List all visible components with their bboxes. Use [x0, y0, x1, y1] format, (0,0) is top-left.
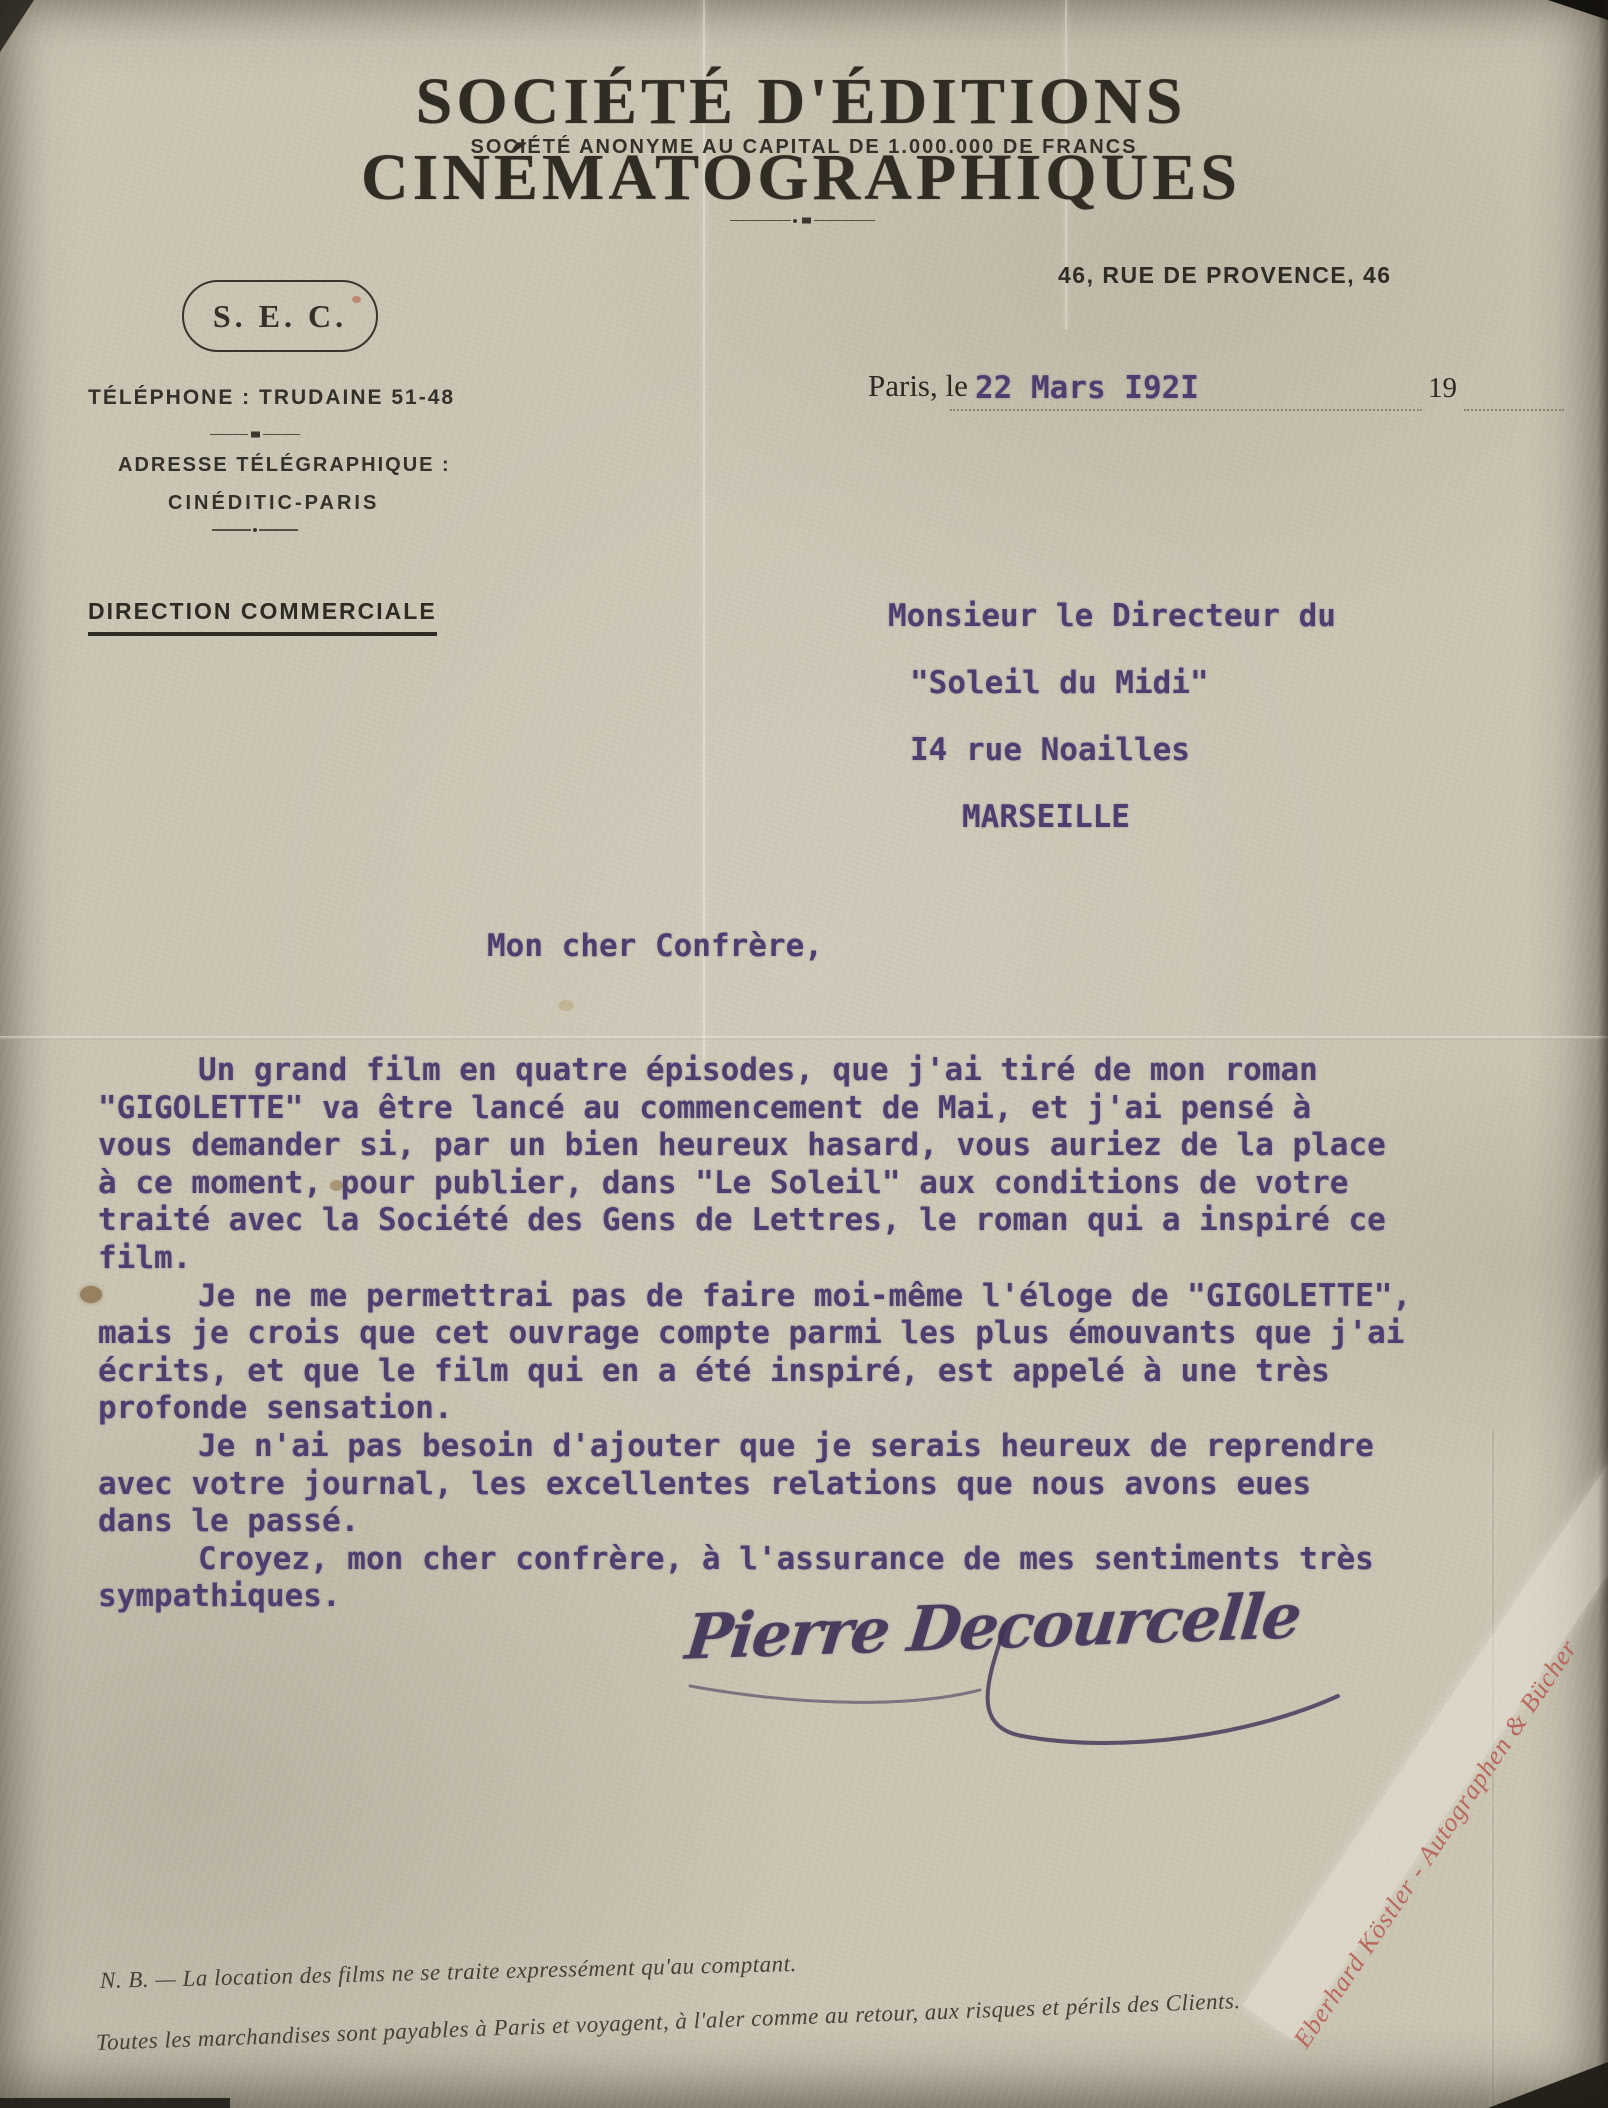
body-paragraph: Un grand film en quatre épisodes, que j'…	[98, 1052, 1498, 1278]
recipient-line: MARSEILLE	[962, 799, 1130, 835]
recipient-line: "Soleil du Midi"	[910, 665, 1209, 701]
dateline-prefix: Paris, le	[868, 368, 968, 404]
scanned-letter-page: SOCIÉTÉ D'ÉDITIONS CINÉMATOGRAPHIQUES SO…	[0, 0, 1608, 2108]
scan-edge	[1598, 0, 1608, 2108]
telegraphic-address-label: ADRESSE TÉLÉGRAPHIQUE :	[118, 454, 451, 477]
company-monogram-badge: S. E. C.	[182, 280, 378, 352]
printed-year-prefix: 19	[1428, 372, 1457, 405]
letter-body: Un grand film en quatre épisodes, que j'…	[98, 1052, 1498, 1616]
street-address: 46, RUE DE PROVENCE, 46	[1058, 262, 1392, 289]
scan-edge	[0, 0, 34, 52]
footer-note: N. B. — La location des films ne se trai…	[100, 1951, 797, 1994]
handwritten-signature: Pierre Decourcelle	[650, 1568, 1390, 1768]
dotted-rule	[1464, 408, 1564, 411]
body-paragraph: Je n'ai pas besoin d'ajouter que je sera…	[98, 1428, 1498, 1541]
dotted-rule	[950, 408, 1422, 411]
ornament-divider	[730, 218, 875, 223]
telegraphic-address-value: CINÉDITIC-PARIS	[168, 492, 379, 515]
ornament-divider	[212, 528, 298, 532]
company-capital-line: SOCIÉTÉ ANONYME AU CAPITAL DE 1.000.000 …	[0, 136, 1608, 159]
scan-edge	[0, 2098, 230, 2108]
fold-crease	[0, 1036, 1608, 1040]
scan-edge	[1488, 2062, 1608, 2108]
ornament-divider	[210, 432, 300, 437]
body-paragraph: Je ne me permettrai pas de faire moi-mêm…	[98, 1278, 1498, 1428]
salutation: Mon cher Confrère,	[487, 928, 823, 964]
department-heading: DIRECTION COMMERCIALE	[88, 598, 437, 636]
recipient-line: Monsieur le Directeur du	[888, 598, 1336, 634]
recipient-line: I4 rue Noailles	[910, 732, 1190, 768]
telephone-line: TÉLÉPHONE : TRUDAINE 51-48	[88, 386, 455, 410]
paper-stain	[558, 1000, 574, 1011]
typed-date: 22 Mars I92I	[975, 370, 1199, 406]
